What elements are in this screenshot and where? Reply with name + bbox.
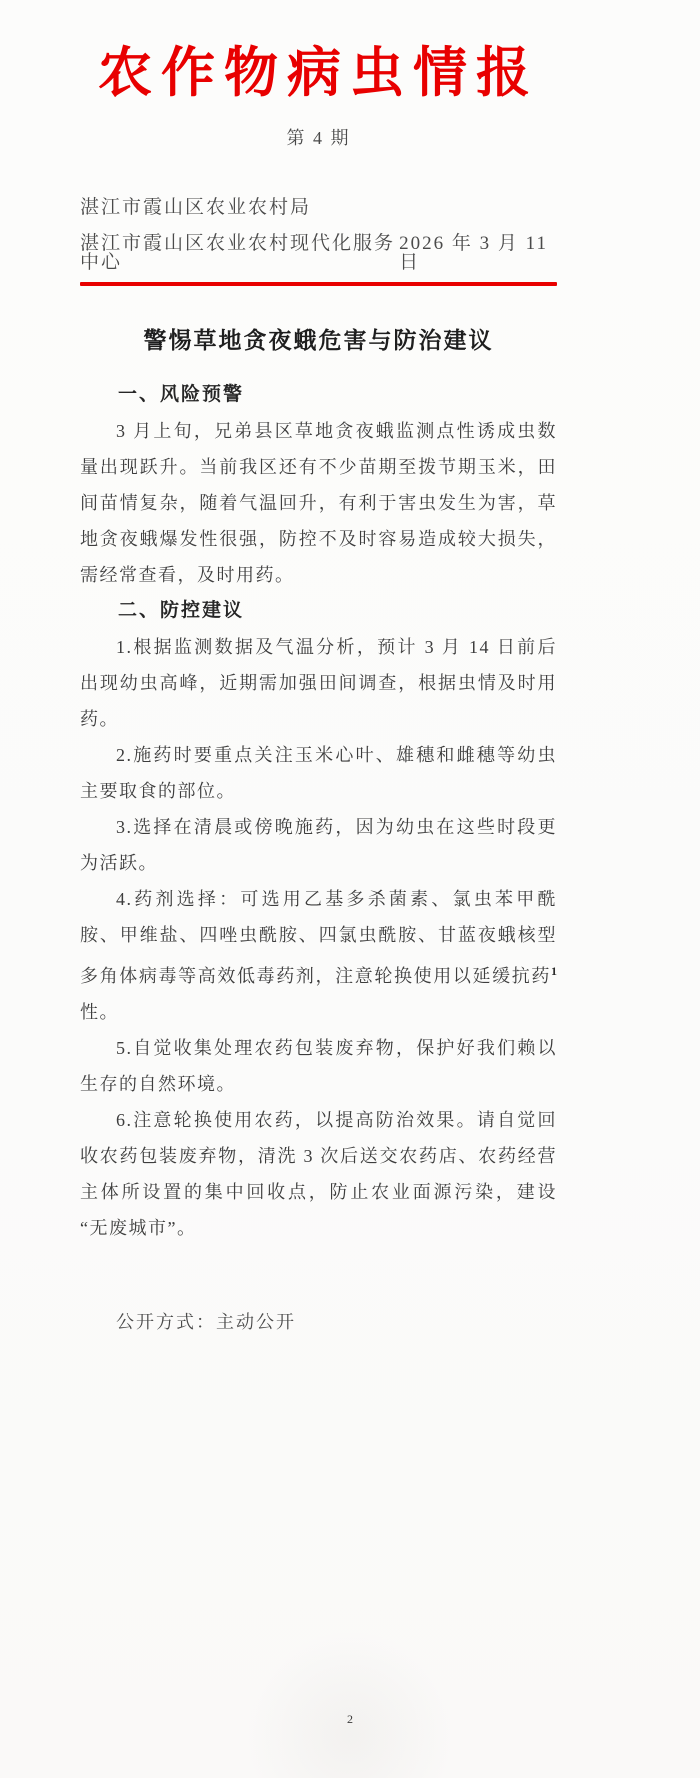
issuer-secondary: 湛江市霞山区农业农村现代化服务中心: [80, 234, 399, 272]
footnote-marker: 1: [551, 964, 557, 978]
article-body: 一、风险预警 3 月上旬，兄弟县区草地贪夜蛾监测点性诱成虫数量出现跃升。当前我区…: [80, 377, 557, 1334]
list-item-4: 4.药剂选择：可选用乙基多杀菌素、氯虫苯甲酰胺、甲维盐、四唑虫酰胺、四氯虫酰胺、…: [80, 881, 557, 1030]
list-item-3: 3.选择在清晨或傍晚施药，因为幼虫在这些时段更为活跃。: [80, 809, 557, 881]
list-item-2: 2.施药时要重点关注玉米心叶、雄穗和雌穗等幼虫主要取食的部位。: [80, 737, 557, 809]
list-item-1: 1.根据监测数据及气温分析，预计 3 月 14 日前后出现幼虫高峰，近期需加强田…: [80, 629, 557, 737]
issue-date: 2026 年 3 月 11 日: [399, 234, 557, 272]
risk-warning-paragraph: 3 月上旬，兄弟县区草地贪夜蛾监测点性诱成虫数量出现跃升。当前我区还有不少苗期至…: [80, 413, 557, 593]
issuer-date-row: 湛江市霞山区农业农村现代化服务中心 2026 年 3 月 11 日: [80, 234, 557, 272]
publicity-line: 公开方式：主动公开: [80, 1308, 557, 1334]
list-item-4-text: 4.药剂选择：可选用乙基多杀菌素、氯虫苯甲酰胺、甲维盐、四唑虫酰胺、四氯虫酰胺、…: [80, 889, 557, 986]
article-title: 警惕草地贪夜蛾危害与防治建议: [80, 322, 557, 355]
issuer-primary: 湛江市霞山区农业农村局: [80, 198, 557, 217]
document-page: 农作物病虫情报 第 4 期 湛江市霞山区农业农村局 湛江市霞山区农业农村现代化服…: [0, 0, 700, 1778]
page-number: 2: [0, 1712, 700, 1727]
list-item-5: 5.自觉收集处理农药包装废弃物，保护好我们赖以生存的自然环境。: [80, 1030, 557, 1102]
list-item-4-text-tail: 性。: [80, 1002, 119, 1022]
issuer-block: 湛江市霞山区农业农村局 湛江市霞山区农业农村现代化服务中心 2026 年 3 月…: [80, 198, 557, 272]
section-1-heading: 一、风险预警: [80, 377, 557, 413]
list-item-6: 6.注意轮换使用农药，以提高防治效果。请自觉回收农药包装废弃物，清洗 3 次后送…: [80, 1102, 557, 1246]
page-content: 农作物病虫情报 第 4 期 湛江市霞山区农业农村局 湛江市霞山区农业农村现代化服…: [80, 0, 557, 1334]
issue-number: 第 4 期: [80, 124, 557, 150]
red-divider-rule: [80, 282, 557, 286]
masthead-title: 农作物病虫情报: [80, 0, 557, 108]
section-2-heading: 二、防控建议: [80, 593, 557, 629]
